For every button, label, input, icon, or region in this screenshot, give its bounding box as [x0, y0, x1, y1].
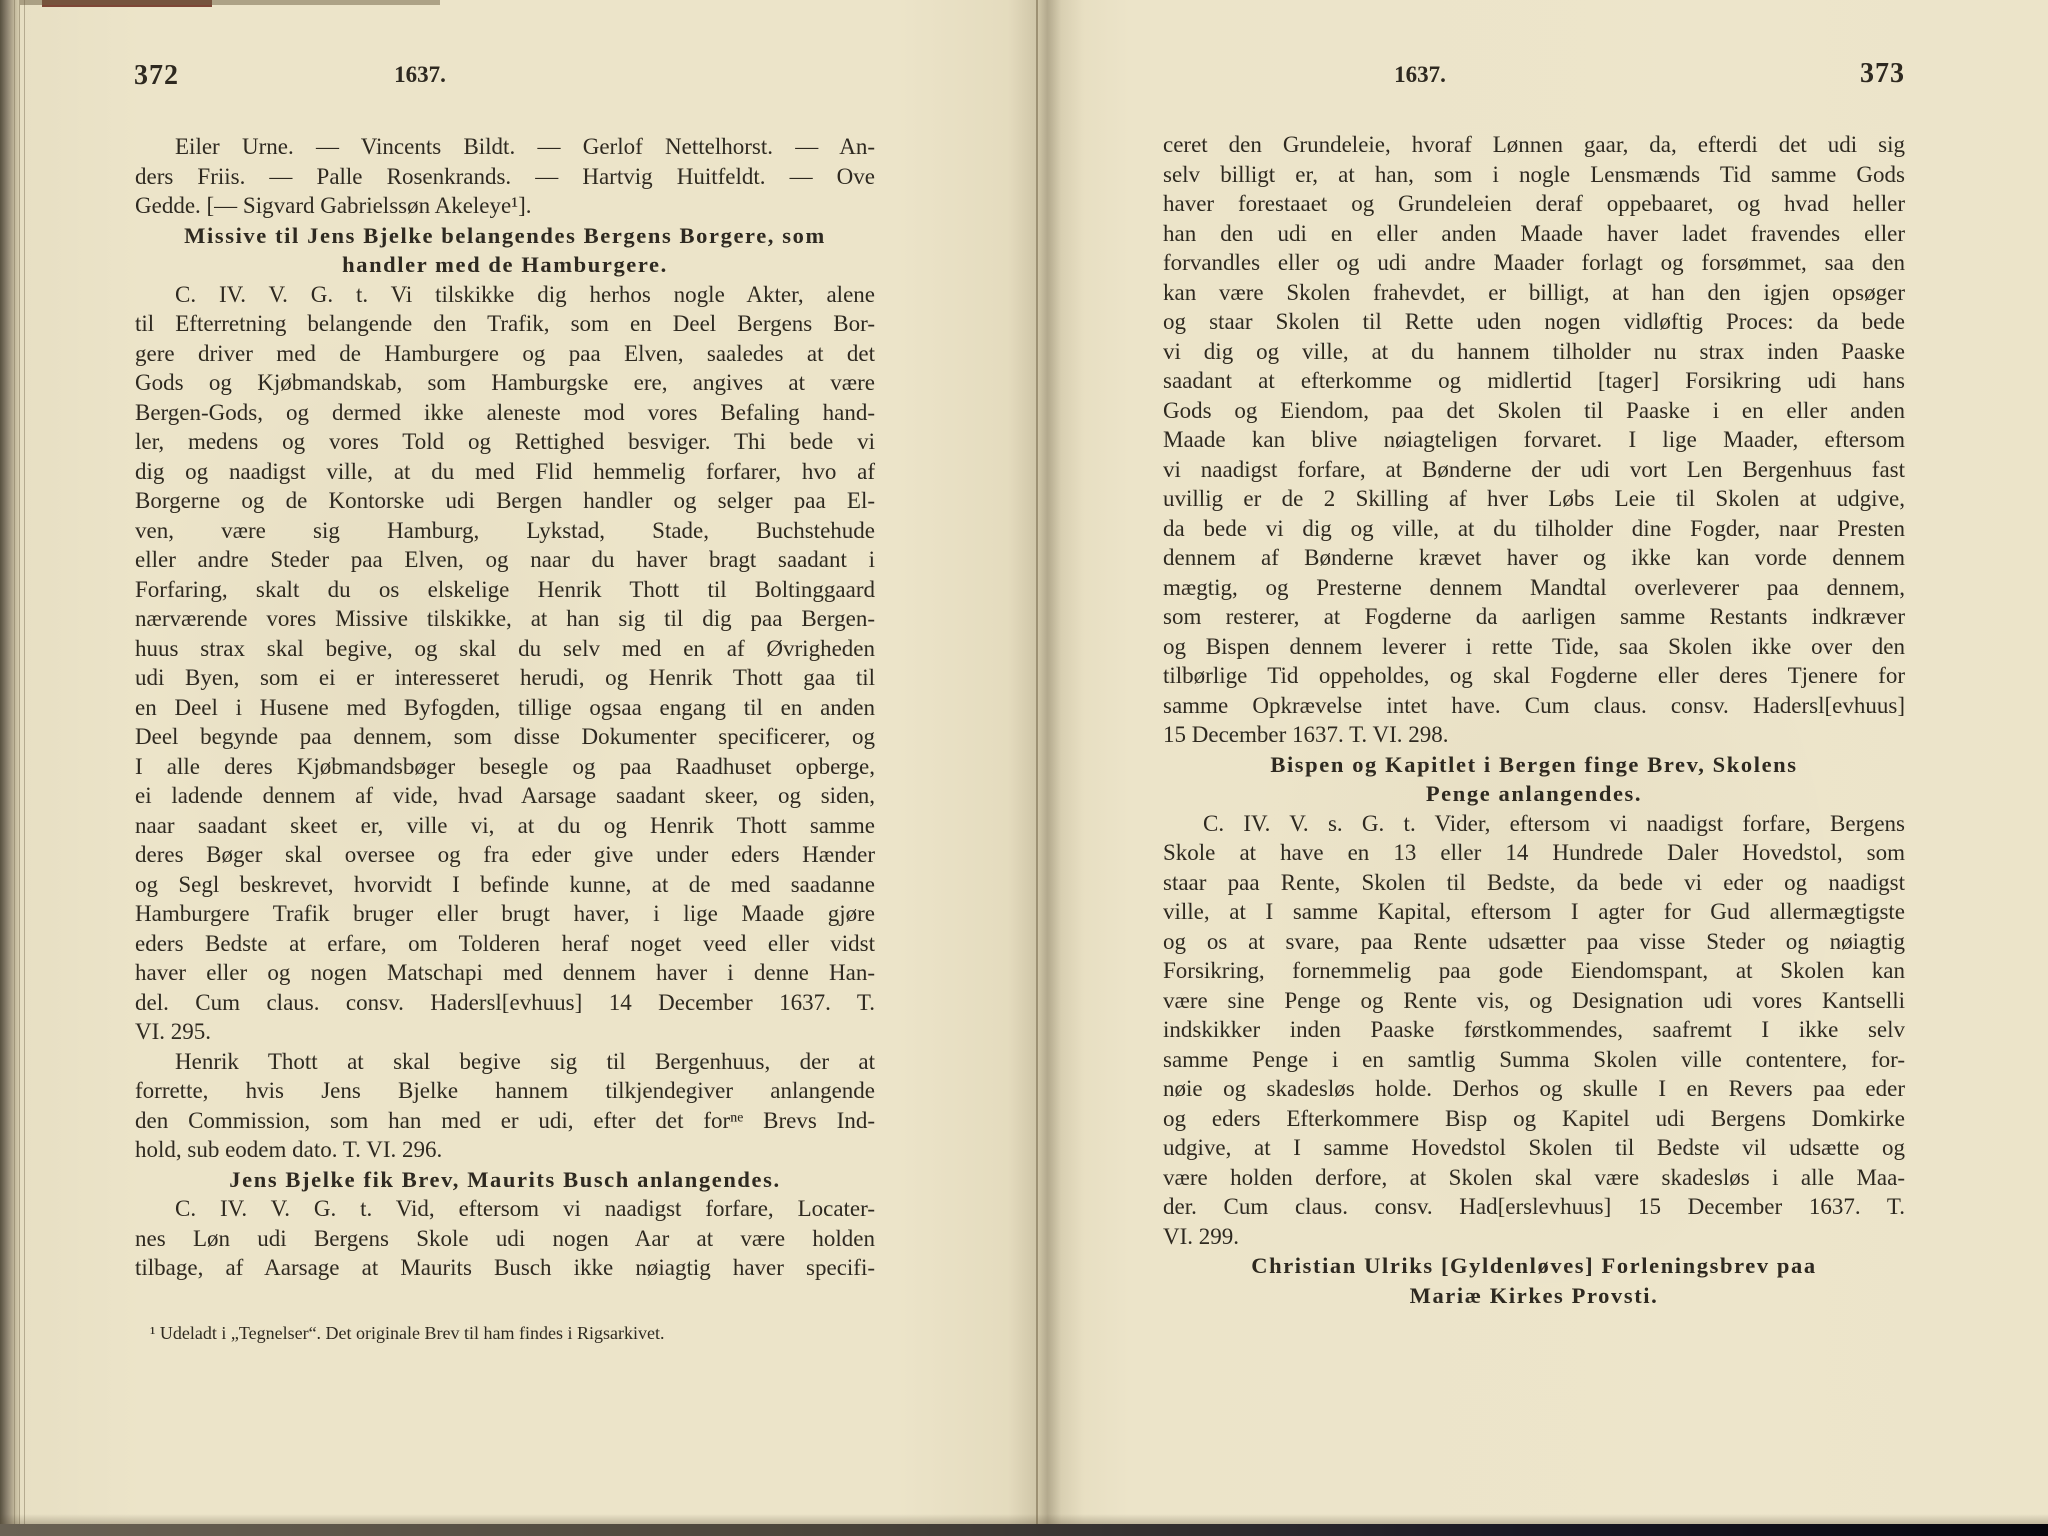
text-line: som resterer, at Fogderne da aarligen sa…	[1163, 602, 1905, 632]
section-heading-line: Mariæ Kirkes Provsti.	[1163, 1281, 1905, 1311]
text-line: og os at svare, paa Rente udsætter paa v…	[1163, 927, 1905, 957]
text-line: forvandles eller og udi andre Maader for…	[1163, 248, 1905, 278]
text-line: ler, medens og vores Told og Rettighed b…	[135, 427, 875, 457]
text-line: kan være Skolen frahevdet, er billigt, a…	[1163, 278, 1905, 308]
text-line: haver forestaaet og Grundeleien deraf op…	[1163, 189, 1905, 219]
text-line: vi dig og ville, at du hannem tilholder …	[1163, 337, 1905, 367]
text-line: gere driver med de Hamburgere og paa Elv…	[135, 339, 875, 369]
text-line: tilbørlige Tid oppeholdes, og skal Fogde…	[1163, 661, 1905, 691]
book-scan: 372 1637. Eiler Urne. — Vincents Bildt. …	[0, 0, 2048, 1536]
text-line: samme Penge i en samtlig Summa Skolen vi…	[1163, 1045, 1905, 1075]
text-line: Borgerne og de Kontorske udi Bergen hand…	[135, 486, 875, 516]
book-edge-bottom	[0, 1524, 2048, 1536]
text-line: selv billigt er, at han, som i nogle Len…	[1163, 160, 1905, 190]
text-line: saadant at efterkomme og midlertid [tage…	[1163, 366, 1905, 396]
text-line: udgive, at I samme Hovedstol Skolen til …	[1163, 1133, 1905, 1163]
text-line: dennem af Bønderne krævet haver og ikke …	[1163, 543, 1905, 573]
section-heading-line: Penge anlangendes.	[1163, 779, 1905, 809]
text-line: mægtig, og Presterne dennem Mandtal over…	[1163, 573, 1905, 603]
text-line: Deel begynde paa dennem, som disse Dokum…	[135, 722, 875, 752]
text-line: C. IV. V. G. t. Vi tilskikke dig herhos …	[135, 280, 875, 310]
footnote: ¹ Udeladt i „Tegnelser“. Det originale B…	[150, 1322, 890, 1344]
text-line: ei ladende dennem af vide, hvad Aarsage …	[135, 781, 875, 811]
page-curl-shadow	[0, 1514, 2048, 1524]
text-line: Hamburgere Trafik bruger eller brugt hav…	[135, 899, 875, 929]
text-line: Eiler Urne. — Vincents Bildt. — Gerlof N…	[135, 132, 875, 162]
text-line: ders Friis. — Palle Rosenkrands. — Hartv…	[135, 162, 875, 192]
text-line: og eders Efterkommere Bisp og Kapitel ud…	[1163, 1104, 1905, 1134]
text-line: vi naadigst forfare, at Bønderne der udi…	[1163, 455, 1905, 485]
text-line: 15 December 1637. T. VI. 298.	[1163, 720, 1905, 750]
text-line: nes Løn udi Bergens Skole udi nogen Aar …	[135, 1224, 875, 1254]
text-line: eller andre Steder paa Elven, og naar du…	[135, 545, 875, 575]
text-line: han den udi en eller anden Maade haver l…	[1163, 219, 1905, 249]
text-line: udi Byen, som ei er interesseret herudi,…	[135, 663, 875, 693]
text-line: VI. 295.	[135, 1017, 875, 1047]
text-line: ven, være sig Hamburg, Lykstad, Stade, B…	[135, 516, 875, 546]
text-line: da bede vi dig og ville, at du tilholder…	[1163, 514, 1905, 544]
page-body: ceret den Grundeleie, hvoraf Lønnen gaar…	[1163, 130, 1905, 1310]
text-line: Skole at have en 13 eller 14 Hundrede Da…	[1163, 838, 1905, 868]
text-line: nøie og skadesløs holde. Derhos og skull…	[1163, 1074, 1905, 1104]
page-number: 372	[134, 60, 179, 92]
text-line: Henrik Thott at skal begive sig til Berg…	[135, 1047, 875, 1077]
text-line: Bergen-Gods, og dermed ikke aleneste mod…	[135, 398, 875, 428]
text-line: indskikker inden Paaske førstkommendes, …	[1163, 1015, 1905, 1045]
text-line: være sine Penge og Rente vis, og Designa…	[1163, 986, 1905, 1016]
text-line: uvillig er de 2 Skilling af hver Løbs Le…	[1163, 484, 1905, 514]
text-line: samme Opkrævelse intet have. Cum claus. …	[1163, 691, 1905, 721]
running-head: 1637.	[330, 62, 510, 88]
text-line: C. IV. V. G. t. Vid, eftersom vi naadigs…	[135, 1194, 875, 1224]
text-line: haver eller og nogen Matschapi med denne…	[135, 958, 875, 988]
text-line: dig og naadigst ville, at du med Flid he…	[135, 457, 875, 487]
text-line: Maade kan blive nøiagteligen forvaret. I…	[1163, 425, 1905, 455]
section-heading-line: Christian Ulriks [Gyldenløves] Forlening…	[1163, 1251, 1905, 1281]
text-line: naar saadant skeet er, ville vi, at du o…	[135, 811, 875, 841]
page-body: Eiler Urne. — Vincents Bildt. — Gerlof N…	[135, 132, 875, 1283]
text-line: en Deel i Husene med Byfogden, tillige o…	[135, 693, 875, 723]
text-line: forrette, hvis Jens Bjelke hannem tilkje…	[135, 1076, 875, 1106]
text-line: til Efterretning belangende den Trafik, …	[135, 309, 875, 339]
page-edges-left	[14, 0, 28, 1536]
text-line: deres Bøger skal oversee og fra eder giv…	[135, 840, 875, 870]
text-line: Gedde. [— Sigvard Gabrielssøn Akeleye¹].	[135, 191, 875, 221]
text-line: eders Bedste at erfare, om Tolderen hera…	[135, 929, 875, 959]
text-line: del. Cum claus. consv. Hadersl[evhuus] 1…	[135, 988, 875, 1018]
text-line: Forsikring, fornemmelig paa gode Eiendom…	[1163, 956, 1905, 986]
text-line: nærværende vores Missive tilskikke, at h…	[135, 604, 875, 634]
page-number: 373	[1725, 58, 1905, 90]
text-line: der. Cum claus. consv. Had[erslevhuus] 1…	[1163, 1192, 1905, 1222]
text-line: I alle deres Kjøbmandsbøger besegle og p…	[135, 752, 875, 782]
text-line: Forfaring, skalt du os elskelige Henrik …	[135, 575, 875, 605]
section-heading-line: Jens Bjelke fik Brev, Maurits Busch anla…	[135, 1165, 875, 1195]
section-heading-line: Bispen og Kapitlet i Bergen finge Brev, …	[1163, 750, 1905, 780]
gutter-crease	[1036, 0, 1038, 1536]
text-line: og Bispen dennem leverer i rette Tide, s…	[1163, 632, 1905, 662]
text-line: være holden derfore, at Skolen skal være…	[1163, 1163, 1905, 1193]
text-line: staar paa Rente, Skolen til Bedste, da b…	[1163, 868, 1905, 898]
text-line: tilbage, af Aarsage at Maurits Busch ikk…	[135, 1253, 875, 1283]
gutter-shadow	[1008, 0, 1084, 1536]
text-line: ville, at I samme Kapital, eftersom I ag…	[1163, 897, 1905, 927]
section-heading-line: handler med de Hamburgere.	[135, 250, 875, 280]
text-line: og Segl beskrevet, hvorvidt I befinde ku…	[135, 870, 875, 900]
text-line: den Commission, som han med er udi, efte…	[135, 1106, 875, 1136]
text-line: og staar Skolen til Rette uden nogen vid…	[1163, 307, 1905, 337]
text-line: Gods og Eiendom, paa det Skolen til Paas…	[1163, 396, 1905, 426]
text-line: ceret den Grundeleie, hvoraf Lønnen gaar…	[1163, 130, 1905, 160]
running-head: 1637.	[1330, 62, 1510, 88]
text-line: VI. 299.	[1163, 1222, 1905, 1252]
text-line: Gods og Kjøbmandskab, som Hamburgske ere…	[135, 368, 875, 398]
top-edge-shadow	[20, 0, 440, 5]
section-heading-line: Missive til Jens Bjelke belangendes Berg…	[135, 221, 875, 251]
text-line: hold, sub eodem dato. T. VI. 296.	[135, 1135, 875, 1165]
text-line: huus strax skal begive, og skal du selv …	[135, 634, 875, 664]
text-line: C. IV. V. s. G. t. Vider, eftersom vi na…	[1163, 809, 1905, 839]
